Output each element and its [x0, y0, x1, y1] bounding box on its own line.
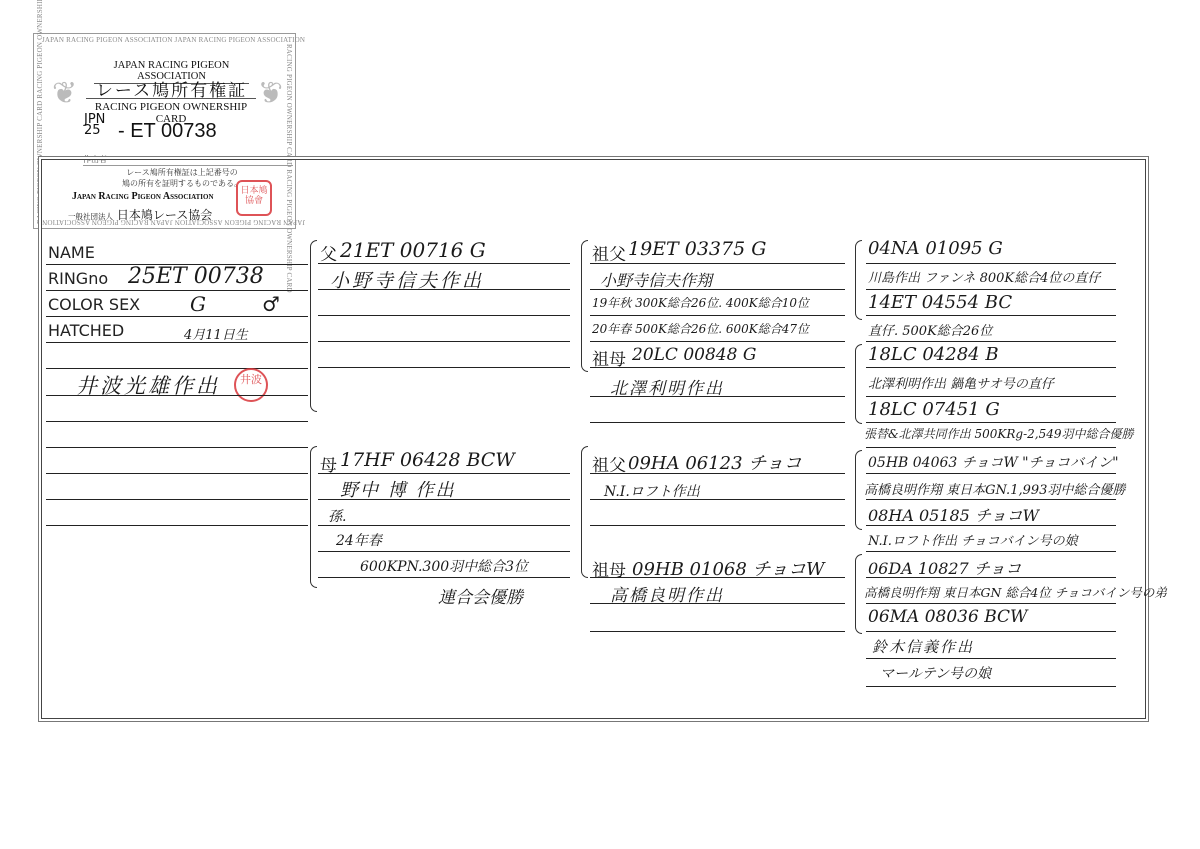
breeder-seal-stamp: 井波 [234, 368, 268, 402]
ring-value: 25ET 00738 [128, 264, 264, 289]
grandsire-label: 祖父 [592, 240, 626, 265]
rule-line [866, 315, 1116, 316]
ggp-ring: 18LC 04284 B [868, 344, 999, 365]
rule-line [590, 577, 845, 578]
rule-line [318, 315, 570, 316]
ggp-bracket [855, 344, 862, 424]
dam-note: 連合会優勝 [438, 583, 523, 608]
grandsire-note: 19年秋 300K総合26位. 400K総合10位 [592, 294, 809, 311]
grandsire-note: 小野寺信夫作翔 [600, 268, 712, 291]
card-edge-top-text: JAPAN RACING PIGEON ASSOCIATION JAPAN RA… [42, 36, 305, 44]
dam-bracket [310, 446, 317, 588]
rule-line [46, 368, 308, 369]
rule-line [866, 631, 1116, 632]
rule-line [318, 577, 570, 578]
ggp-note: マールテン号の娘 [880, 663, 991, 683]
ggp-ring: 08HA 05185 チョコW [868, 503, 1039, 526]
rule-line [590, 289, 845, 290]
ggp-ring: 18LC 07451 G [868, 399, 1000, 420]
rule-line [866, 577, 1116, 578]
rule-line [590, 525, 845, 526]
rule-line [866, 686, 1116, 687]
ggp-bracket [855, 450, 862, 530]
rule-line [46, 290, 308, 291]
ggp-ring: 05HB 04063 チョコW "チョコバイン" [868, 452, 1119, 472]
rule-line [46, 342, 308, 343]
rule-line [46, 395, 308, 396]
sire-bracket [310, 240, 317, 412]
rule-line [318, 341, 570, 342]
card-country-year: JPN 25 [84, 114, 105, 136]
rule-line [866, 422, 1116, 423]
dam-note: 24年春 [336, 530, 382, 550]
rule-line [46, 421, 308, 422]
ggp-ring: 14ET 04554 BC [868, 292, 1012, 313]
rule-line [590, 499, 845, 500]
rule-line [318, 263, 570, 264]
rule-line [590, 603, 845, 604]
ggp-ring: 06DA 10827 チョコ [868, 556, 1021, 579]
rule-line [866, 525, 1116, 526]
sire-ring: 21ET 00716 G [340, 238, 486, 262]
rule-line [318, 499, 570, 500]
ggp-note: 高橋良明作翔 東日本GN.1,993羽中総合優勝 [864, 479, 1125, 498]
name-label: NAME [48, 243, 95, 262]
grandsire-breeder: N.I.ロフト作出 [604, 481, 700, 501]
granddam-ring: 20LC 00848 G [632, 345, 756, 365]
rule-line [318, 473, 570, 474]
dam-note: 孫. [328, 506, 346, 526]
card-ring-number: - ET 00738 [118, 120, 217, 143]
rule-line [590, 473, 845, 474]
dam-note: 600KPN.300羽中総合3位 [360, 556, 528, 576]
rule-line [866, 341, 1116, 342]
rule-line [866, 447, 1116, 448]
rule-line [866, 603, 1116, 604]
rule-line [46, 525, 308, 526]
rule-line [590, 341, 845, 342]
ggp-note: 北澤利明作出 鍋亀サオ号の直仔 [868, 373, 1054, 392]
rule-line [590, 263, 845, 264]
rule-line [318, 289, 570, 290]
rule-line [866, 396, 1116, 397]
hatched-value: 4月11日生 [184, 324, 248, 343]
sire-sire-bracket [581, 240, 588, 372]
ggp-bracket [855, 554, 862, 634]
color-sex-label: COLOR SEX [48, 295, 140, 314]
rule-line [318, 551, 570, 552]
ggp-note: 川島作出 ファンネ 800K総合4位の直仔 [868, 267, 1100, 286]
rule-line [318, 367, 570, 368]
dam-ring: 17HF 06428 BCW [340, 449, 515, 471]
rule-line [590, 367, 845, 368]
ggp-note: 高橋良明作翔 東日本GN 総合4位 チョコバイン号の弟 [864, 583, 1167, 601]
rule-line [866, 289, 1116, 290]
ggp-bracket [855, 240, 862, 320]
rule-line [590, 396, 845, 397]
color-value: G [190, 292, 206, 316]
rule-line [46, 447, 308, 448]
ggp-ring: 06MA 08036 BCW [868, 607, 1028, 627]
rule-line [866, 473, 1116, 474]
pigeon-emblem-icon: ❦ [52, 76, 86, 116]
rule-line [46, 473, 308, 474]
rule-line [590, 315, 845, 316]
hatched-label: HATCHED [48, 321, 124, 340]
rule-line [46, 499, 308, 500]
grandsire-ring: 09HA 06123 チョコ [628, 449, 802, 475]
rule-line [866, 551, 1116, 552]
sire-label: 父 [320, 240, 337, 265]
ggp-note: 直仔. 500K総合26位 [868, 320, 992, 339]
ggp-note: 張替&北澤共同作出 500KRg-2,549羽中総合優勝 [864, 425, 1134, 442]
rule-line [318, 525, 570, 526]
ggp-ring: 04NA 01095 G [868, 238, 1003, 259]
rule-line [46, 316, 308, 317]
sex-value: ♂ [262, 292, 280, 316]
rule-line [866, 499, 1116, 500]
rule-line [866, 367, 1116, 368]
ring-label: RINGno [48, 269, 108, 288]
ggp-note: 鈴木信義作出 [872, 636, 974, 657]
dam-sire-bracket [581, 446, 588, 578]
rule-line [590, 422, 845, 423]
rule-line [590, 631, 845, 632]
rule-line [866, 658, 1116, 659]
ggp-note: N.I.ロフト作出 チョコバイン号の娘 [868, 530, 1078, 549]
rule-line [866, 263, 1116, 264]
grandsire-note: 20年春 500K総合26位. 600K総合47位 [592, 320, 809, 337]
grandsire-ring: 19ET 03375 G [628, 238, 766, 260]
